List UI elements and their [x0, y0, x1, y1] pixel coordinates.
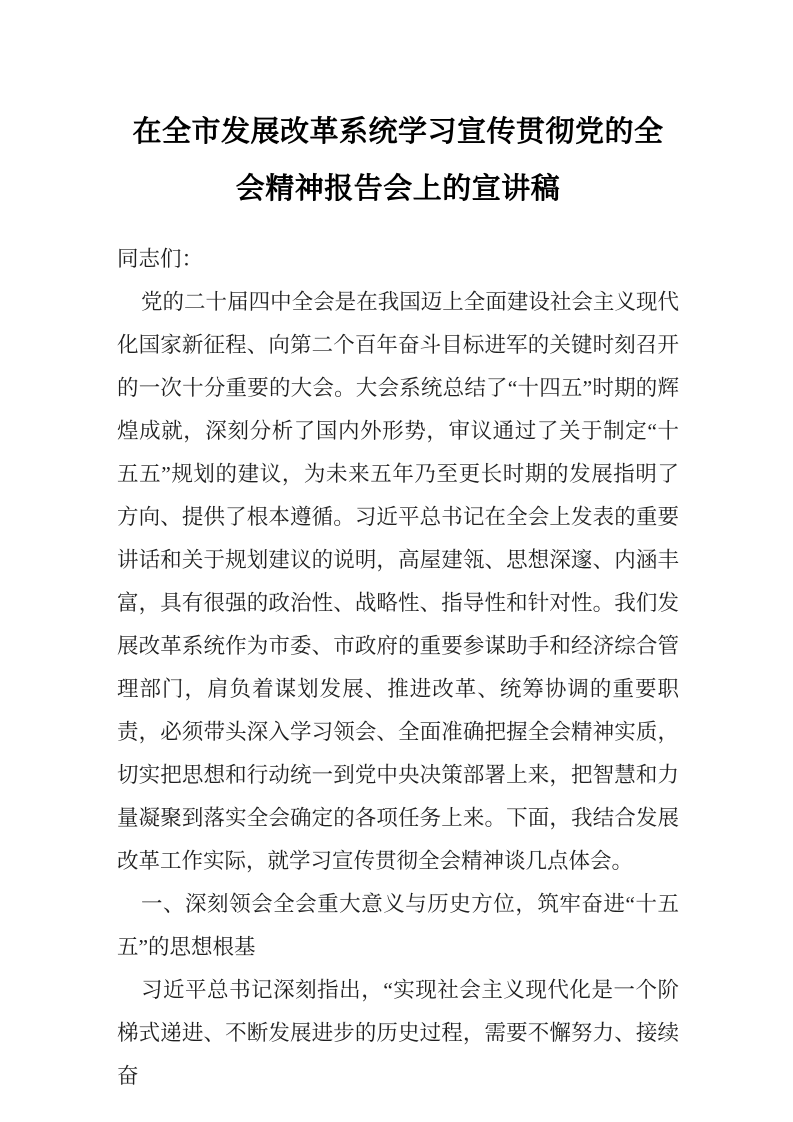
- paragraph-section-1-body: 习近平总书记深刻指出，“实现社会主义现代化是一个阶梯式递进、不断发展进步的历史过…: [117, 969, 679, 1098]
- salutation-line: 同志们：: [117, 238, 679, 281]
- paragraph-intro: 党的二十届四中全会是在我国迈上全面建设社会主义现代化国家新征程、向第二个百年奋斗…: [117, 281, 679, 883]
- document-body: 同志们： 党的二十届四中全会是在我国迈上全面建设社会主义现代化国家新征程、向第二…: [117, 238, 679, 1098]
- section-heading-1: 一、深刻领会全会重大意义与历史方位，筑牢奋进“十五五”的思想根基: [117, 883, 679, 969]
- document-title: 在全市发展改革系统学习宣传贯彻党的全会精神报告会上的宣讲稿: [128, 104, 668, 218]
- document-page: 在全市发展改革系统学习宣传贯彻党的全会精神报告会上的宣讲稿 同志们： 党的二十届…: [0, 0, 793, 1122]
